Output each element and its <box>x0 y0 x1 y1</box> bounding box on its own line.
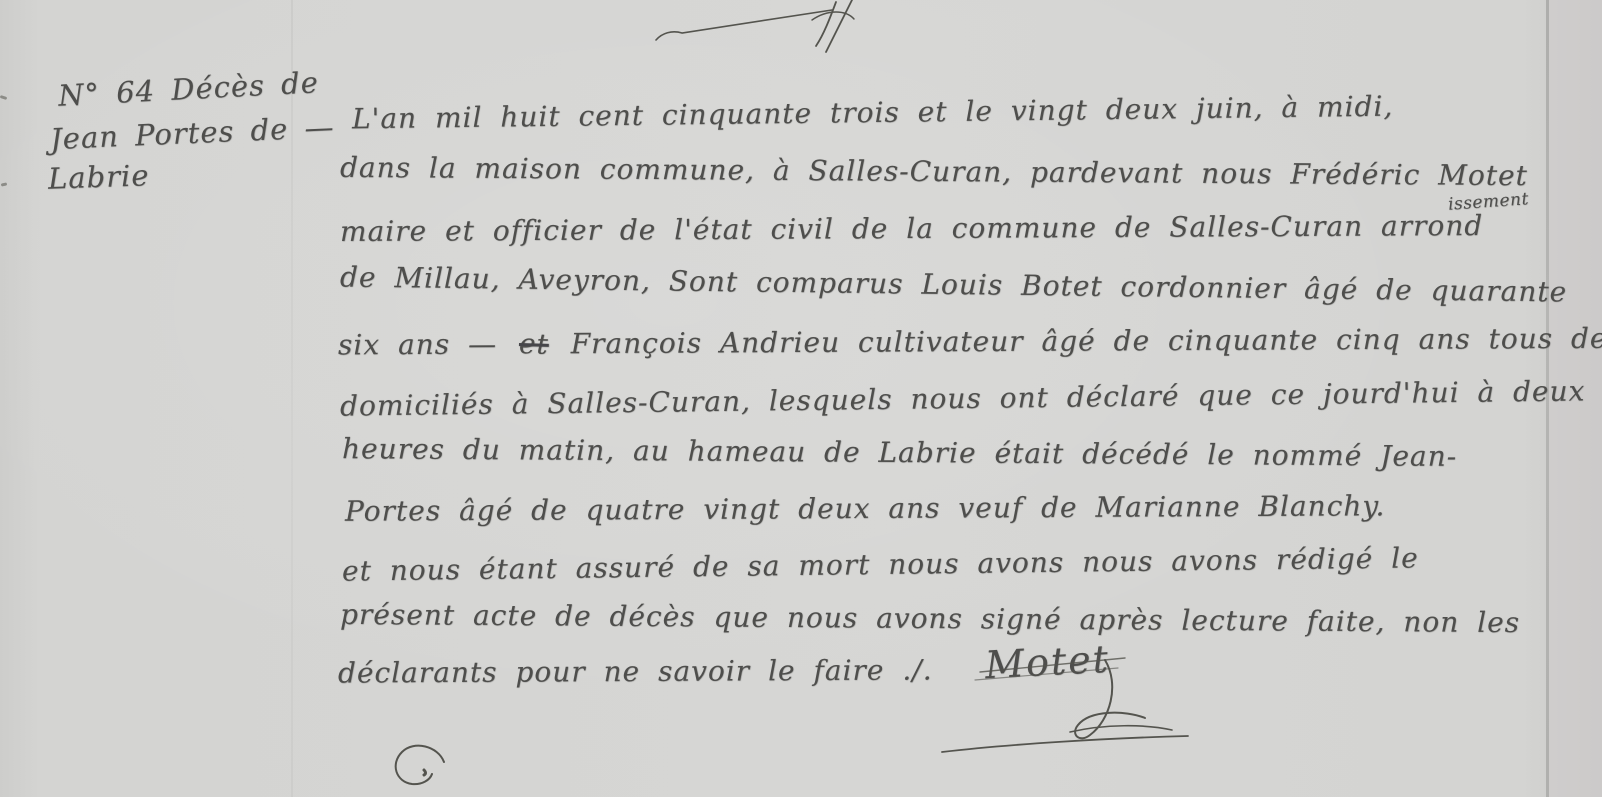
next-act-initial-stroke <box>380 740 470 797</box>
body-line-4: de Millau, Aveyron, Sont comparus Louis … <box>340 261 1568 309</box>
body-line-5-before: six ans — <box>338 328 497 362</box>
body-line-10: présent acte de décès que nous avons sig… <box>340 598 1520 639</box>
body-line-6: domiciliés à Salles-Curan, lesquels nous… <box>340 374 1586 422</box>
body-line-3: maire et officier de l'état civil de la … <box>340 209 1483 248</box>
body-line-2: dans la maison commune, à Salles-Curan, … <box>340 151 1528 192</box>
margin-note-place: Labrie <box>47 158 150 196</box>
struck-out-word: et <box>518 327 549 361</box>
body-line-7: heures du matin, au hameau de Labrie éta… <box>342 432 1457 473</box>
body-line-5: six ans — et François Andrieu cultivateu… <box>338 322 1602 362</box>
previous-act-paraph-flourish <box>600 0 900 60</box>
ink-speck <box>1 182 7 186</box>
interline-insertion: issement <box>1447 189 1529 215</box>
signature-paraph-flourish <box>920 640 1220 790</box>
margin-note-number-title: N° 64 Décès de <box>57 65 319 113</box>
scanned-register-page: N° 64 Décès de Jean Portes de — Labrie L… <box>0 0 1602 797</box>
body-line-9: et nous étant assuré de sa mort nous avo… <box>342 541 1419 587</box>
body-line-1: L'an mil huit cent cinquante trois et le… <box>352 90 1394 136</box>
ink-speck <box>0 95 7 100</box>
body-line-11: déclarants pour ne savoir le faire ./. <box>338 653 933 689</box>
body-line-5-after: François Andrieu cultivateur âgé de cinq… <box>571 322 1602 361</box>
body-line-8: Portes âgé de quatre vingt deux ans veuf… <box>345 489 1386 527</box>
